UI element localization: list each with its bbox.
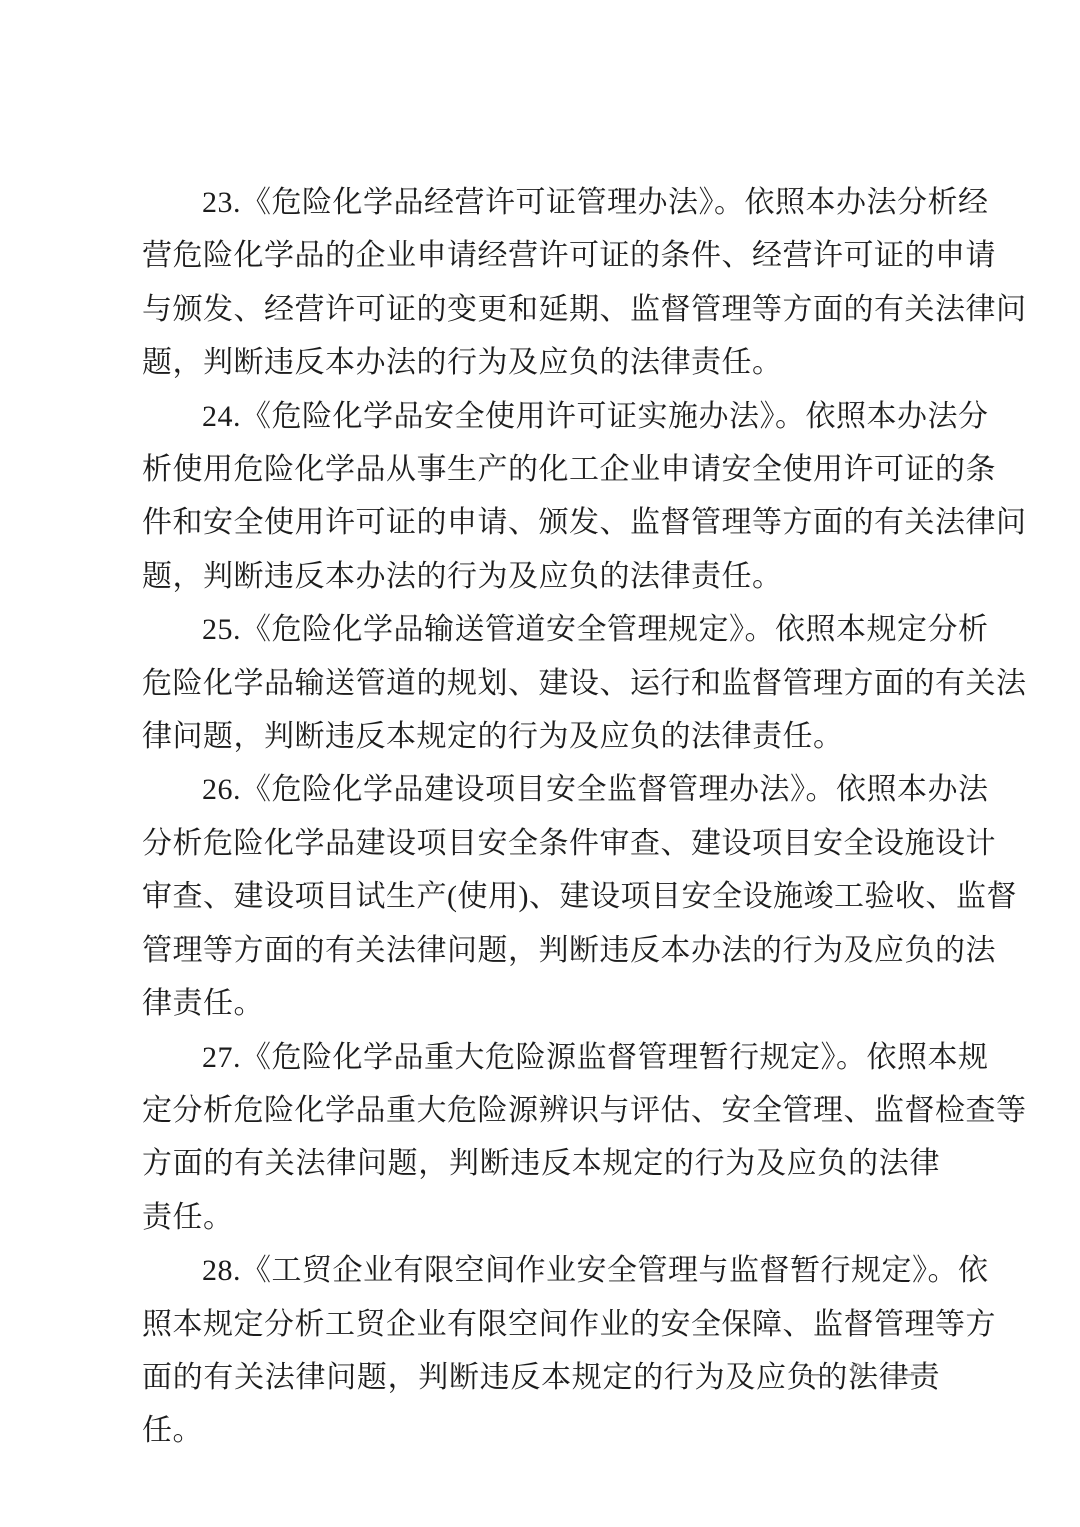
paragraph-item-27: 27.《危险化学品重大危险源监督管理暂行规定》。依照本规 定分析危险化学品重大危… (142, 1031, 940, 1245)
text-line: 题，判断违反本办法的行为及应负的法律责任。 (142, 550, 940, 603)
text-line: 25.《危险化学品输送管道安全管理规定》。依照本规定分析 (142, 603, 940, 656)
text-line: 律责任。 (142, 977, 940, 1030)
paragraph-item-28: 28.《工贸企业有限空间作业安全管理与监督暂行规定》。依 照本规定分析工贸企业有… (142, 1244, 940, 1458)
paragraph-item-26: 26.《危险化学品建设项目安全监督管理办法》。依照本办法 分析危险化学品建设项目… (142, 763, 940, 1030)
text-line: 管理等方面的有关法律问题，判断违反本办法的行为及应负的法 (142, 924, 940, 977)
text-line: 28.《工贸企业有限空间作业安全管理与监督暂行规定》。依 (142, 1244, 940, 1297)
paragraph-item-24: 24.《危险化学品安全使用许可证实施办法》。依照本办法分 析使用危险化学品从事生… (142, 390, 940, 604)
text-line: 审查、建设项目试生产(使用)、建设项目安全设施竣工验收、监督 (142, 870, 940, 923)
text-line: 析使用危险化学品从事生产的化工企业申请安全使用许可证的条 (142, 443, 940, 496)
text-line: 27.《危险化学品重大危险源监督管理暂行规定》。依照本规 (142, 1031, 940, 1084)
text-line: 分析危险化学品建设项目安全条件审查、建设项目安全设施设计 (142, 817, 940, 870)
text-line: 件和安全使用许可证的申请、颁发、监督管理等方面的有关法律问 (142, 496, 940, 549)
text-line: 营危险化学品的企业申请经营许可证的条件、经营许可证的申请 (142, 229, 940, 282)
text-line: 与颁发、经营许可证的变更和延期、监督管理等方面的有关法律问 (142, 283, 940, 336)
text-line: 律问题，判断违反本规定的行为及应负的法律责任。 (142, 710, 940, 763)
text-line: 24.《危险化学品安全使用许可证实施办法》。依照本办法分 (142, 390, 940, 443)
paragraph-item-23: 23.《危险化学品经营许可证管理办法》。依照本办法分析经 营危险化学品的企业申请… (142, 176, 940, 390)
document-body: 23.《危险化学品经营许可证管理办法》。依照本办法分析经 营危险化学品的企业申请… (142, 176, 940, 1458)
document-page: 23.《危险化学品经营许可证管理办法》。依照本办法分析经 营危险化学品的企业申请… (0, 0, 1080, 1527)
text-line: 题，判断违反本办法的行为及应负的法律责任。 (142, 336, 940, 389)
text-line: 23.《危险化学品经营许可证管理办法》。依照本办法分析经 (142, 176, 940, 229)
text-line: 26.《危险化学品建设项目安全监督管理办法》。依照本办法 (142, 763, 940, 816)
text-line: 定分析危险化学品重大危险源辨识与评估、安全管理、监督检查等 (142, 1084, 940, 1137)
page-number: — 9 — (800, 1358, 915, 1388)
text-line: 照本规定分析工贸企业有限空间作业的安全保障、监督管理等方 (142, 1298, 940, 1351)
text-line: 危险化学品输送管道的规划、建设、运行和监督管理方面的有关法 (142, 657, 940, 710)
text-line: 方面的有关法律问题，判断违反本规定的行为及应负的法律责任。 (142, 1137, 940, 1244)
paragraph-item-25: 25.《危险化学品输送管道安全管理规定》。依照本规定分析 危险化学品输送管道的规… (142, 603, 940, 763)
